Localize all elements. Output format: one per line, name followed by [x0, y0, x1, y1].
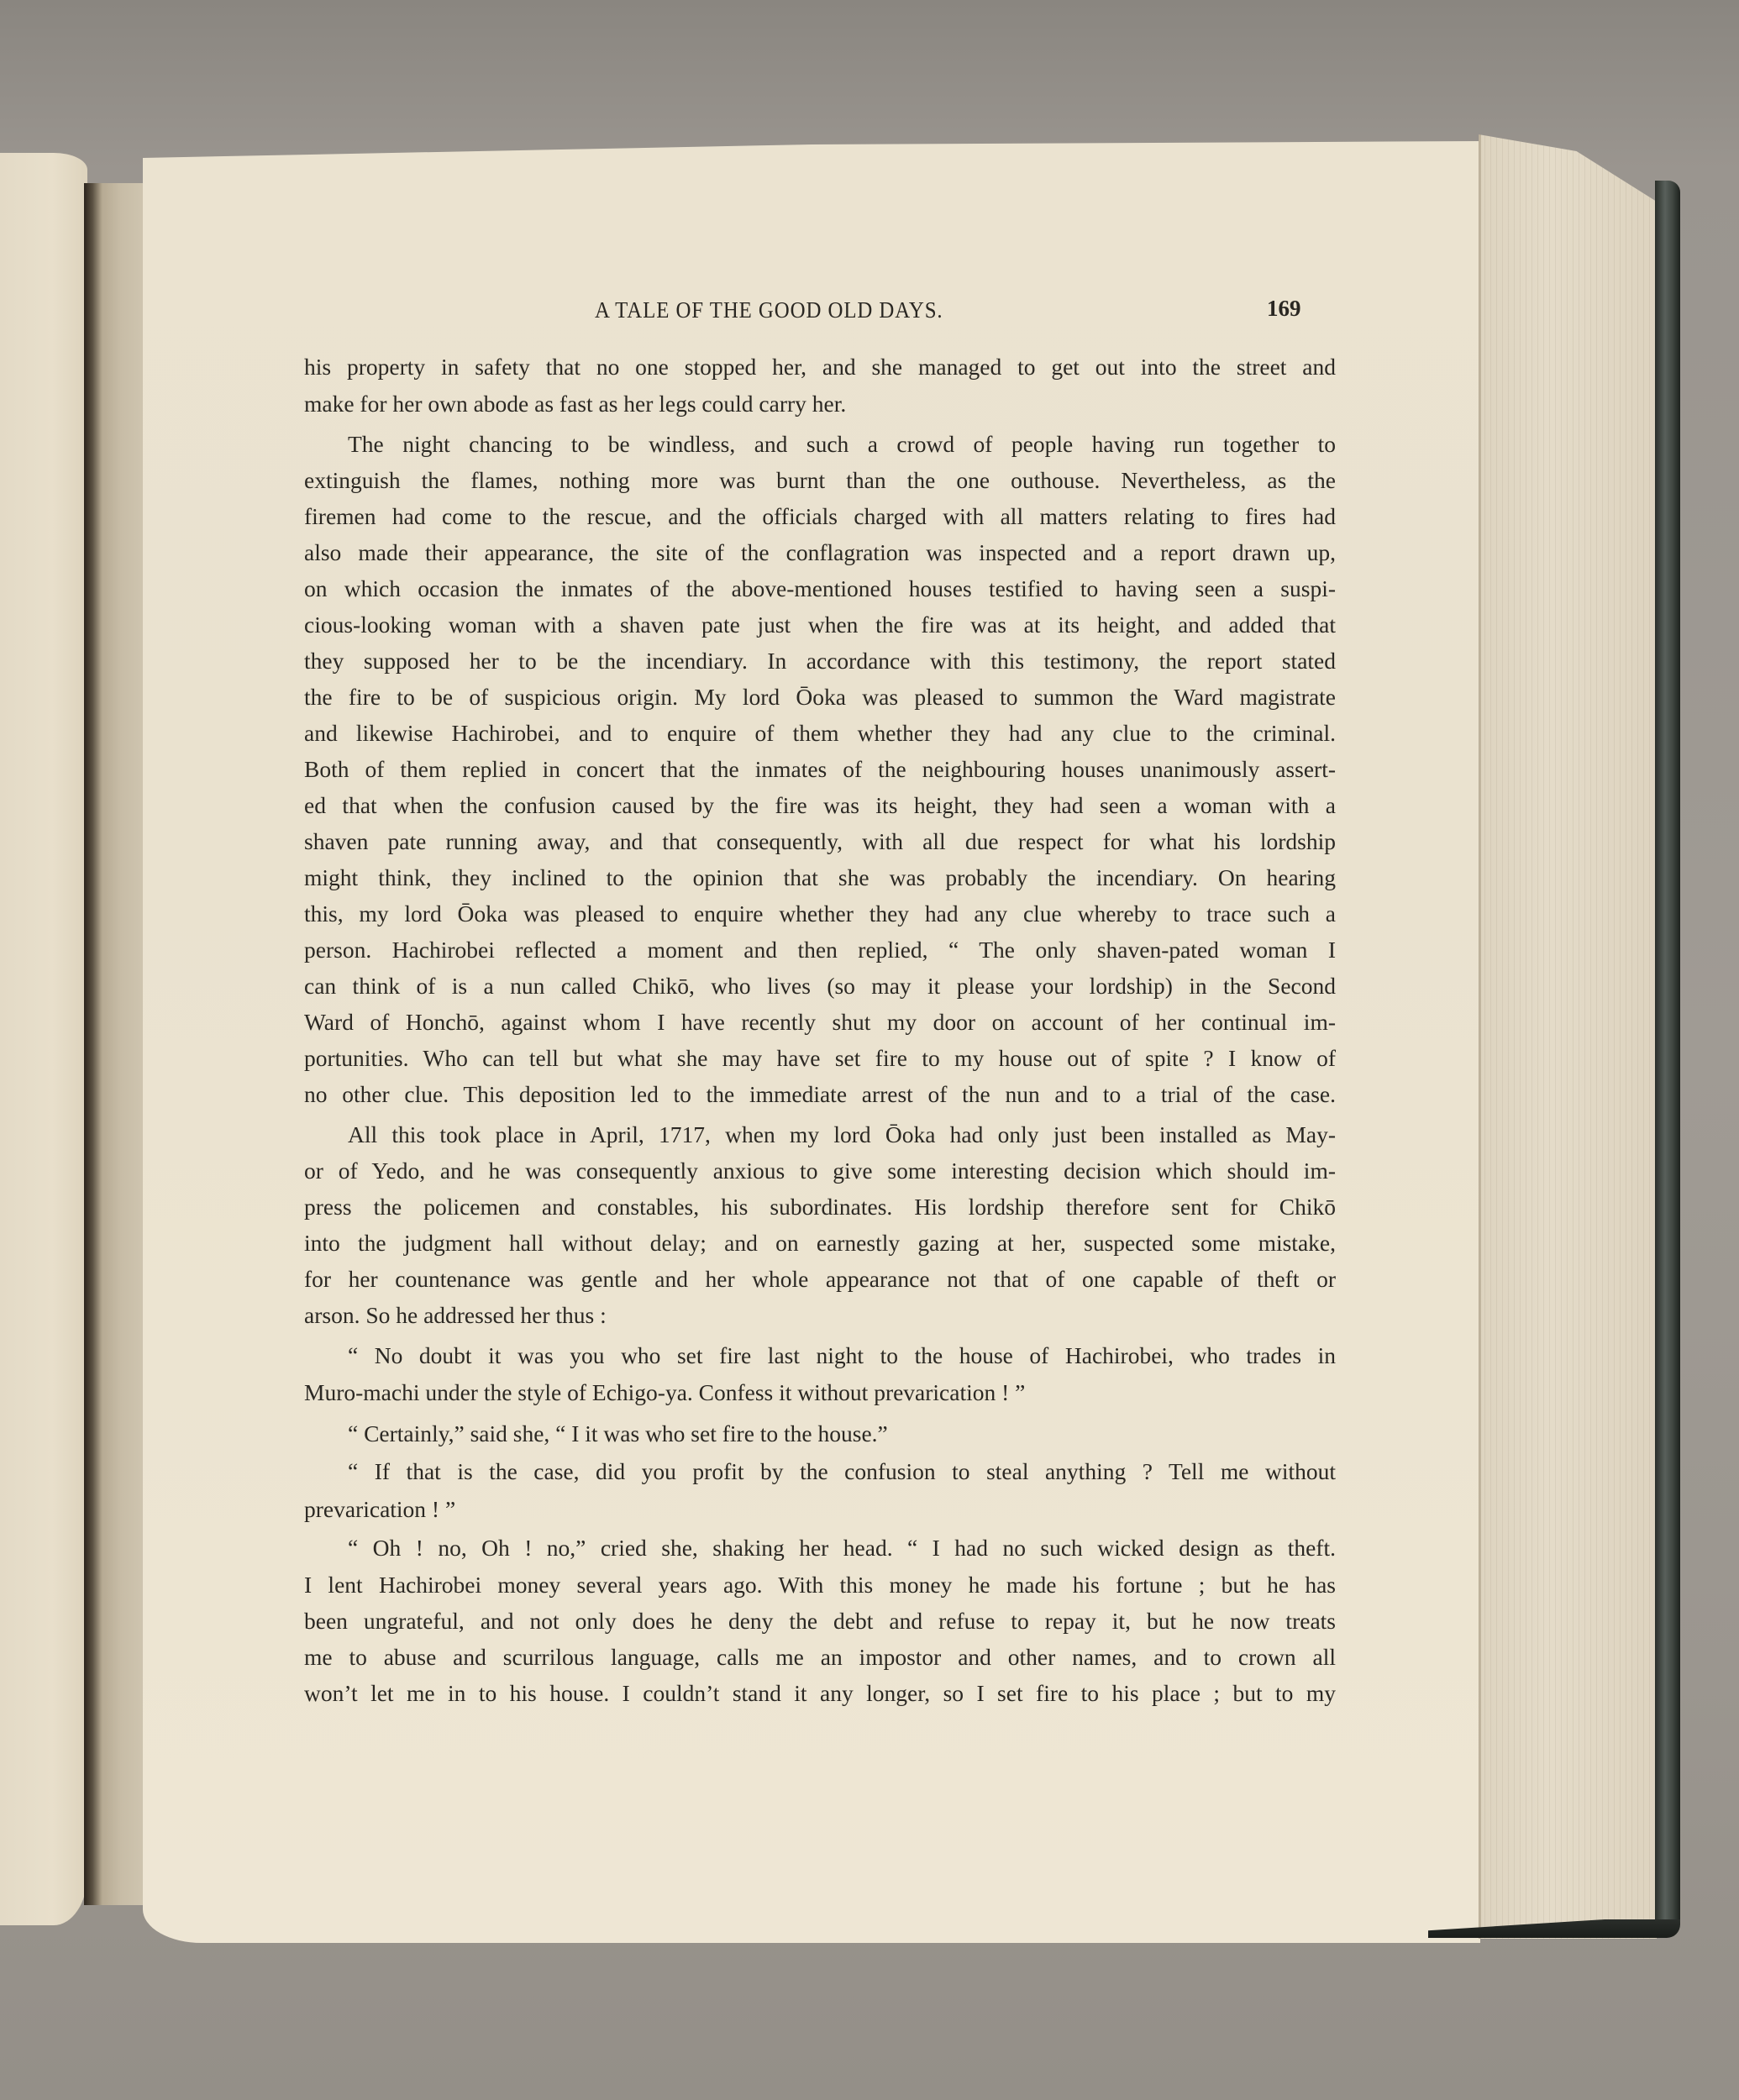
text-line: or of Yedo, and he was consequently anxi… — [304, 1157, 1336, 1185]
text-line: prevarication ! ” — [304, 1495, 1336, 1524]
text-line: for her countenance was gentle and her w… — [304, 1265, 1336, 1294]
text-line: “ If that is the case, did you profit by… — [348, 1457, 1336, 1486]
text-line: into the judgment hall without delay; an… — [304, 1229, 1336, 1257]
text-line: ed that when the confusion caused by the… — [304, 791, 1336, 820]
text-line: I lent Hachirobei money several years ag… — [304, 1571, 1336, 1599]
text-line: Muro-machi under the style of Echigo-ya.… — [304, 1378, 1336, 1407]
text-line: can think of is a nun called Chikō, who … — [304, 972, 1336, 1000]
fore-edge-divider — [1479, 134, 1481, 1939]
book-cover-edge — [1655, 181, 1680, 1928]
text-line: make for her own abode as fast as her le… — [304, 390, 1336, 418]
book-scan: A TALE OF THE GOOD OLD DAYS. 169 his pro… — [0, 0, 1739, 2100]
text-line: no other clue. This deposition led to th… — [304, 1080, 1336, 1109]
text-line: cious-looking woman with a shaven pate j… — [304, 611, 1336, 639]
text-line: “ Certainly,” said she, “ I it was who s… — [348, 1420, 1336, 1448]
text-line: “ Oh ! no, Oh ! no,” cried she, shaking … — [348, 1534, 1336, 1562]
text-line: extinguish the flames, nothing more was … — [304, 466, 1336, 495]
fore-edge-page-stack — [1479, 134, 1657, 1939]
text-line: firemen had come to the rescue, and the … — [304, 502, 1336, 531]
left-page-edge — [0, 153, 87, 1925]
text-line: and likewise Hachirobei, and to enquire … — [304, 719, 1336, 748]
text-line: they supposed her to be the incendiary. … — [304, 647, 1336, 675]
text-line: his property in safety that no one stopp… — [304, 353, 1336, 381]
text-line: “ No doubt it was you who set fire last … — [348, 1341, 1336, 1370]
text-line: The night chancing to be windless, and s… — [348, 430, 1336, 459]
text-line: the fire to be of suspicious origin. My … — [304, 683, 1336, 711]
page-number: 169 — [1267, 296, 1301, 322]
text-line: portunities. Who can tell but what she m… — [304, 1044, 1336, 1073]
text-line: Both of them replied in concert that the… — [304, 755, 1336, 784]
text-line: me to abuse and scurrilous language, cal… — [304, 1643, 1336, 1672]
running-head: A TALE OF THE GOOD OLD DAYS. — [595, 297, 943, 323]
text-line: shaven pate running away, and that conse… — [304, 827, 1336, 856]
text-line: might think, they inclined to the opinio… — [304, 864, 1336, 892]
text-line: also made their appearance, the site of … — [304, 538, 1336, 567]
text-line: been ungrateful, and not only does he de… — [304, 1607, 1336, 1635]
text-line: All this took place in April, 1717, when… — [348, 1121, 1336, 1149]
text-line: won’t let me in to his house. I couldn’t… — [304, 1679, 1336, 1708]
text-line: Ward of Honchō, against whom I have rece… — [304, 1008, 1336, 1037]
text-line: person. Hachirobei reflected a moment an… — [304, 936, 1336, 964]
text-line: press the policemen and constables, his … — [304, 1193, 1336, 1221]
text-line: arson. So he addressed her thus : — [304, 1301, 1336, 1330]
text-line: this, my lord Ōoka was pleased to enquir… — [304, 900, 1336, 928]
gutter-shadow — [84, 183, 144, 1905]
text-line: on which occasion the inmates of the abo… — [304, 575, 1336, 603]
